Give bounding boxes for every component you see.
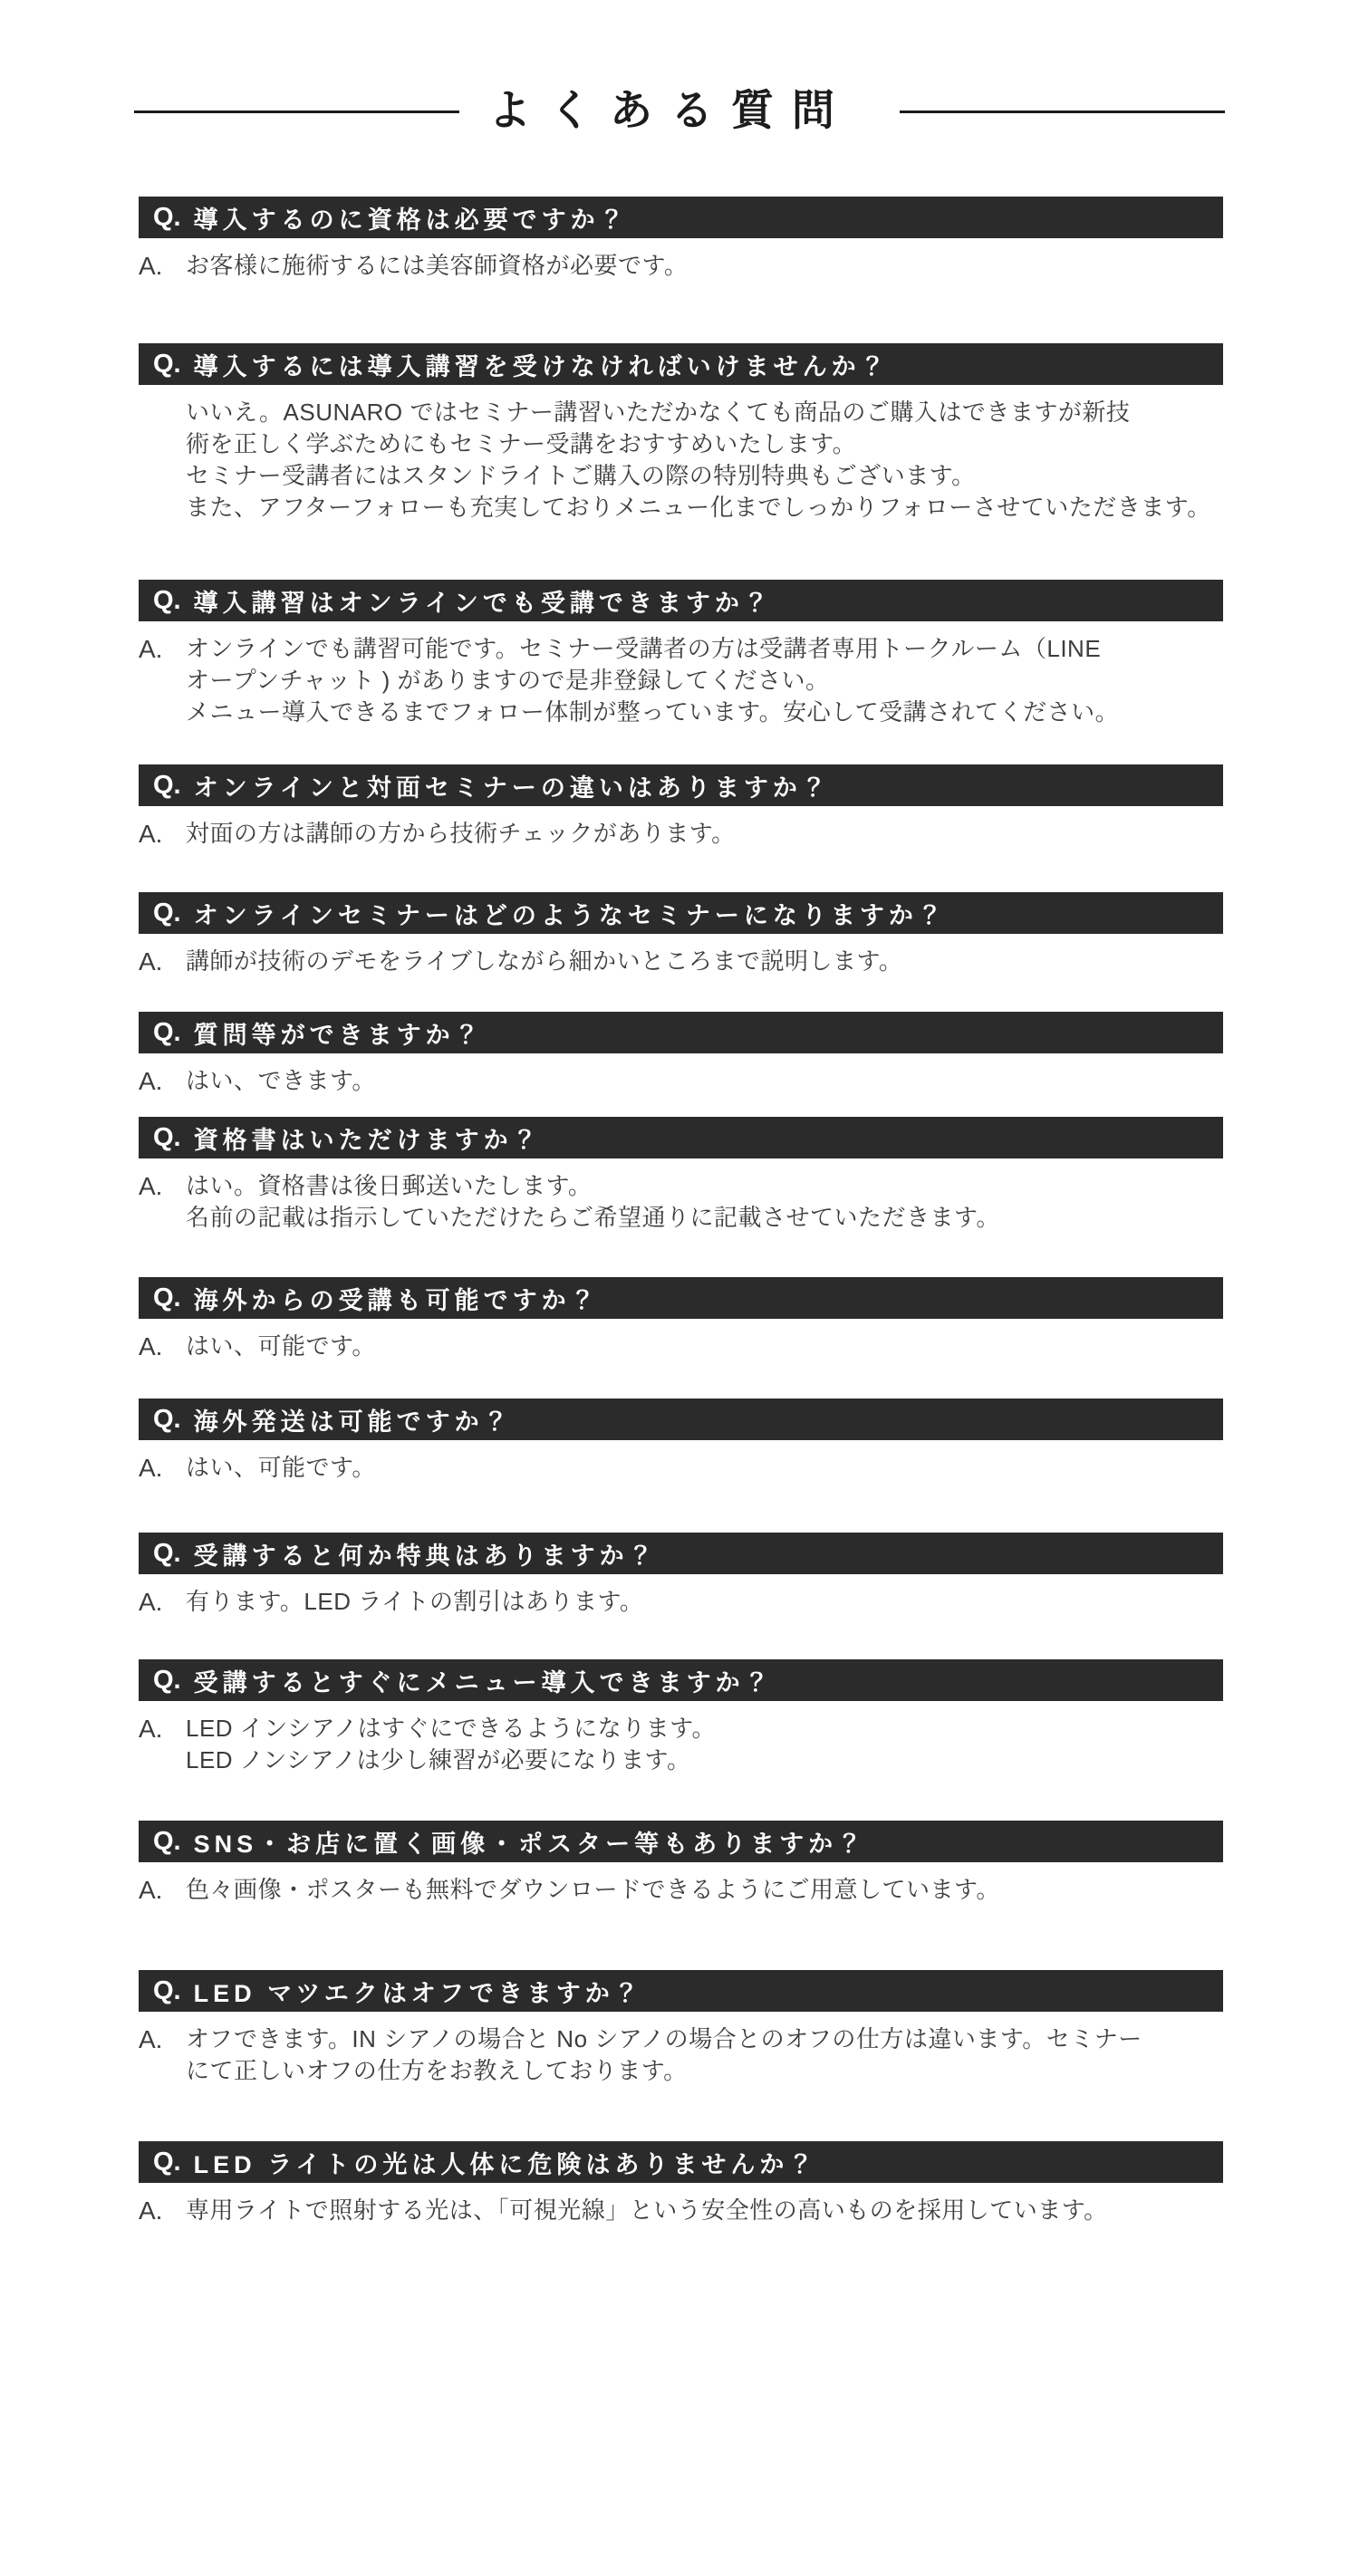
question-bar: Q. 海外発送は可能ですか？ (139, 1399, 1223, 1440)
answer-line: LED インシアノはすぐにできるようになります。 (186, 1713, 716, 1745)
answer-line: 専用ライトで照射する光は、「可視光線」という安全性の高いものを採用しています。 (186, 2195, 1108, 2226)
faq-item: Q. 導入するには導入講習を受けなければいけませんか？ A. いいえ。ASUNA… (139, 343, 1223, 524)
faq-item: Q. 受講するとすぐにメニュー導入できますか？ A. LED インシアノはすぐに… (139, 1659, 1223, 1776)
question-bar: Q. 導入するには導入講習を受けなければいけませんか？ (139, 343, 1223, 385)
faq-item: Q. 質問等ができますか？ A. はい、できます。 (139, 1012, 1223, 1097)
question-bar: Q. 資格書はいただけますか？ (139, 1117, 1223, 1158)
answer-lines: オフできます。IN シアノの場合と No シアノの場合とのオフの仕方は違います。… (186, 2023, 1142, 2087)
faq-list: Q. 導入するのに資格は必要ですか？ A. お客様に施術するには美容師資格が必要… (139, 197, 1223, 2226)
question-text: 導入するには導入講習を受けなければいけませんか？ (194, 347, 890, 382)
faq-item: Q. オンラインセミナーはどのようなセミナーになりますか？ A. 講師が技術のデ… (139, 892, 1223, 977)
answer-prefix: A. (139, 1170, 186, 1234)
answer-prefix: A. (139, 1874, 186, 1906)
question-bar: Q. LED マツエクはオフできますか？ (139, 1970, 1223, 2012)
question-prefix: Q. (153, 350, 181, 380)
answer-lines: オンラインでも講習可能です。セミナー受講者の方は受講者専用トークルーム（LINE… (186, 633, 1119, 728)
answer-lines: 講師が技術のデモをライブしながら細かいところまで説明します。 (186, 946, 902, 977)
answer-line: はい、可能です。 (186, 1331, 376, 1362)
question-bar: Q. 受講するとすぐにメニュー導入できますか？ (139, 1659, 1223, 1701)
question-prefix: Q. (153, 1123, 181, 1153)
answer-line: 有ります。LED ライトの割引はあります。 (186, 1586, 643, 1618)
answer-lines: お客様に施術するには美容師資格が必要です。 (186, 250, 688, 282)
question-prefix: Q. (153, 2148, 181, 2177)
question-text: 海外からの受講も可能ですか？ (194, 1281, 600, 1316)
answer-line: いいえ。ASUNARO ではセミナー講習いただかなくても商品のご購入はできますが… (186, 397, 1211, 428)
answer: A. お客様に施術するには美容師資格が必要です。 (139, 250, 1223, 282)
answer-lines: はい、可能です。 (186, 1452, 376, 1484)
question-text: オンラインと対面セミナーの違いはありますか？ (194, 768, 831, 803)
faq-item: Q. LED マツエクはオフできますか？ A. オフできます。IN シアノの場合… (139, 1970, 1223, 2087)
question-text: LED マツエクはオフできますか？ (194, 1974, 643, 2009)
question-bar: Q. LED ライトの光は人体に危険はありませんか？ (139, 2141, 1223, 2183)
faq-item: Q. 受講すると何か特典はありますか？ A. 有ります。LED ライトの割引はあ… (139, 1533, 1223, 1618)
answer-line: オフできます。IN シアノの場合と No シアノの場合とのオフの仕方は違います。… (186, 2023, 1142, 2055)
faq-item: Q. 海外発送は可能ですか？ A. はい、可能です。 (139, 1399, 1223, 1484)
page-title: よくある質問 (488, 87, 889, 136)
question-text: 受講すると何か特典はありますか？ (194, 1536, 658, 1572)
faq-item: Q. オンラインと対面セミナーの違いはありますか？ A. 対面の方は講師の方から… (139, 764, 1223, 850)
question-prefix: Q. (153, 771, 181, 801)
answer-line: 名前の記載は指示していただけたらご希望通りに記載させていただきます。 (186, 1202, 1000, 1234)
answer-prefix: A. (139, 1713, 186, 1776)
question-bar: Q. 受講すると何か特典はありますか？ (139, 1533, 1223, 1574)
answer: A. 対面の方は講師の方から技術チェックがあります。 (139, 818, 1223, 850)
answer-prefix: A. (139, 633, 186, 728)
answer: A. 講師が技術のデモをライブしながら細かいところまで説明します。 (139, 946, 1223, 977)
question-prefix: Q. (153, 899, 181, 928)
answer: A. いいえ。ASUNARO ではセミナー講習いただかなくても商品のご購入はでき… (139, 397, 1223, 524)
answer: A. はい、できます。 (139, 1065, 1223, 1097)
answer-lines: 対面の方は講師の方から技術チェックがあります。 (186, 818, 736, 850)
faq-item: Q. LED ライトの光は人体に危険はありませんか？ A. 専用ライトで照射する… (139, 2141, 1223, 2226)
answer-line: お客様に施術するには美容師資格が必要です。 (186, 250, 688, 282)
question-text: 海外発送は可能ですか？ (194, 1402, 513, 1437)
question-bar: Q. 海外からの受講も可能ですか？ (139, 1277, 1223, 1319)
faq-item: Q. 資格書はいただけますか？ A. はい。資格書は後日郵送いたします。名前の記… (139, 1117, 1223, 1234)
question-text: 受講するとすぐにメニュー導入できますか？ (194, 1663, 774, 1698)
question-bar: Q. オンラインセミナーはどのようなセミナーになりますか？ (139, 892, 1223, 934)
answer-prefix: A. (139, 1065, 186, 1097)
question-prefix: Q. (153, 1539, 181, 1569)
faq-item: Q. 海外からの受講も可能ですか？ A. はい、可能です。 (139, 1277, 1223, 1362)
answer-lines: いいえ。ASUNARO ではセミナー講習いただかなくても商品のご購入はできますが… (186, 397, 1211, 524)
answer: A. はい、可能です。 (139, 1331, 1223, 1362)
question-prefix: Q. (153, 1283, 181, 1313)
page-header: よくある質問 (134, 87, 1225, 136)
answer-prefix: A. (139, 1452, 186, 1484)
answer-line: 色々画像・ポスターも無料でダウンロードできるようにご用意しています。 (186, 1874, 1000, 1906)
answer-line: 講師が技術のデモをライブしながら細かいところまで説明します。 (186, 946, 902, 977)
answer-line: はい。資格書は後日郵送いたします。 (186, 1170, 1000, 1202)
answer-line: オンラインでも講習可能です。セミナー受講者の方は受講者専用トークルーム（LINE (186, 633, 1119, 665)
answer-prefix: A. (139, 2195, 186, 2226)
question-text: LED ライトの光は人体に危険はありませんか？ (194, 2145, 818, 2180)
question-bar: Q. オンラインと対面セミナーの違いはありますか？ (139, 764, 1223, 806)
answer: A. LED インシアノはすぐにできるようになります。LED ノンシアノは少し練… (139, 1713, 1223, 1776)
answer-lines: はい、可能です。 (186, 1331, 376, 1362)
question-text: 資格書はいただけますか？ (194, 1120, 542, 1156)
answer-line: メニュー導入できるまでフォロー体制が整っています。安心して受講されてください。 (186, 697, 1119, 728)
faq-item: Q. 導入講習はオンラインでも受講できますか？ A. オンラインでも講習可能です… (139, 580, 1223, 728)
answer-prefix: A. (139, 946, 186, 977)
question-bar: Q. SNS・お店に置く画像・ポスター等もありますか？ (139, 1821, 1223, 1862)
answer-line: また、アフターフォローも充実しておりメニュー化までしっかりフォローさせていただき… (186, 492, 1211, 524)
answer: A. 有ります。LED ライトの割引はあります。 (139, 1586, 1223, 1618)
question-bar: Q. 導入するのに資格は必要ですか？ (139, 197, 1223, 238)
answer: A. オンラインでも講習可能です。セミナー受講者の方は受講者専用トークルーム（L… (139, 633, 1223, 728)
answer-line: LED ノンシアノは少し練習が必要になります。 (186, 1745, 716, 1776)
answer: A. はい、可能です。 (139, 1452, 1223, 1484)
answer-lines: 有ります。LED ライトの割引はあります。 (186, 1586, 643, 1618)
answer-prefix: A. (139, 818, 186, 850)
answer-line: 術を正しく学ぶためにもセミナー受講をおすすめいたします。 (186, 428, 1211, 460)
faq-item: Q. 導入するのに資格は必要ですか？ A. お客様に施術するには美容師資格が必要… (139, 197, 1223, 282)
question-prefix: Q. (153, 1405, 181, 1435)
answer-line: はい、可能です。 (186, 1452, 376, 1484)
answer-lines: 専用ライトで照射する光は、「可視光線」という安全性の高いものを採用しています。 (186, 2195, 1108, 2226)
answer-lines: 色々画像・ポスターも無料でダウンロードできるようにご用意しています。 (186, 1874, 1000, 1906)
question-bar: Q. 質問等ができますか？ (139, 1012, 1223, 1053)
answer: A. 色々画像・ポスターも無料でダウンロードできるようにご用意しています。 (139, 1874, 1223, 1906)
faq-item: Q. SNS・お店に置く画像・ポスター等もありますか？ A. 色々画像・ポスター… (139, 1821, 1223, 1906)
question-text: 質問等ができますか？ (194, 1015, 484, 1051)
question-text: SNS・お店に置く画像・ポスター等もありますか？ (194, 1824, 867, 1860)
question-prefix: Q. (153, 1018, 181, 1048)
answer-line: にて正しいオフの仕方をお教えしております。 (186, 2055, 1142, 2087)
question-prefix: Q. (153, 1666, 181, 1696)
answer-lines: はい、できます。 (186, 1065, 376, 1097)
answer-prefix: A. (139, 1331, 186, 1362)
answer-prefix: A. (139, 2023, 186, 2087)
answer: A. オフできます。IN シアノの場合と No シアノの場合とのオフの仕方は違い… (139, 2023, 1223, 2087)
answer-line: オープンチャット ) がありますので是非登録してください。 (186, 665, 1119, 697)
question-bar: Q. 導入講習はオンラインでも受講できますか？ (139, 580, 1223, 621)
answer: A. 専用ライトで照射する光は、「可視光線」という安全性の高いものを採用していま… (139, 2195, 1223, 2226)
question-text: 導入するのに資格は必要ですか？ (194, 200, 629, 235)
question-prefix: Q. (153, 203, 181, 233)
answer-line: 対面の方は講師の方から技術チェックがあります。 (186, 818, 736, 850)
answer-prefix: A. (139, 1586, 186, 1618)
answer-line: セミナー受講者にはスタンドライトご購入の際の特別特典もございます。 (186, 460, 1211, 492)
title-rule-right (900, 111, 1225, 113)
question-prefix: Q. (153, 1827, 181, 1857)
answer-lines: LED インシアノはすぐにできるようになります。LED ノンシアノは少し練習が必… (186, 1713, 716, 1776)
title-rule-left (134, 111, 459, 113)
answer-lines: はい。資格書は後日郵送いたします。名前の記載は指示していただけたらご希望通りに記… (186, 1170, 1000, 1234)
answer-prefix: A. (139, 250, 186, 282)
question-prefix: Q. (153, 586, 181, 616)
question-text: オンラインセミナーはどのようなセミナーになりますか？ (194, 896, 947, 931)
answer-line: はい、できます。 (186, 1065, 376, 1097)
question-prefix: Q. (153, 1976, 181, 2006)
answer: A. はい。資格書は後日郵送いたします。名前の記載は指示していただけたらご希望通… (139, 1170, 1223, 1234)
question-text: 導入講習はオンラインでも受講できますか？ (194, 583, 773, 619)
